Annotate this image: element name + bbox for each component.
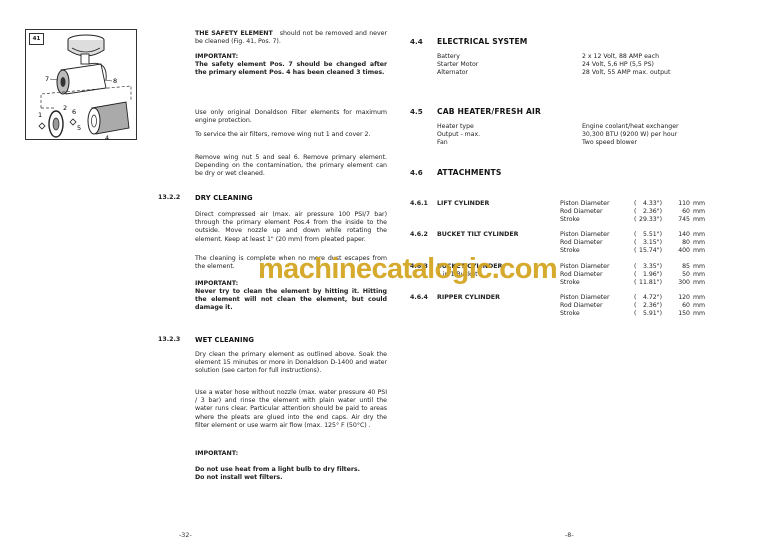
spec-inches: 11.81") bbox=[638, 279, 662, 287]
spec-inches: 29.33") bbox=[638, 216, 662, 224]
spec-label: Piston Diameter bbox=[560, 231, 610, 239]
spec-mm: 60 bbox=[672, 302, 690, 310]
section-title-electrical-system: ELECTRICAL SYSTEM bbox=[437, 37, 527, 46]
electrical-spec-table: Battery 2 x 12 Volt, 88 AMP each Starter… bbox=[437, 53, 767, 77]
spec-inches: 5.91") bbox=[638, 310, 662, 318]
page-number-right: -8- bbox=[565, 531, 574, 539]
spec-mm: 85 bbox=[672, 263, 690, 271]
cylinder-number: 4.6.1 bbox=[410, 200, 428, 207]
spec-unit: mm bbox=[693, 216, 705, 224]
spec-inches: 5.51") bbox=[638, 231, 662, 239]
paren: ( bbox=[634, 279, 636, 287]
cylinder-name: LIFT CYLINDER bbox=[437, 200, 489, 207]
spec-inches: 2.36") bbox=[638, 208, 662, 216]
spec-label: Stroke bbox=[560, 247, 580, 255]
section-title-wet-cleaning: WET CLEANING bbox=[195, 336, 254, 344]
svg-text:4: 4 bbox=[105, 134, 109, 141]
dry-cleaning-paragraph-1: Direct compressed air (max. air pressure… bbox=[195, 211, 387, 244]
important-text-1: The safety element Pos. 7 should be chan… bbox=[195, 61, 387, 77]
cylinder-name: BUCKET TILT CYLINDER bbox=[437, 231, 518, 238]
spec-label: Stroke bbox=[560, 279, 580, 287]
section-number-4-4: 4.4 bbox=[410, 37, 423, 46]
spec-value: 30,300 BTU (9200 W) per hour bbox=[582, 131, 677, 139]
spec-value: 24 Volt, 5,6 HP (5,5 PS) bbox=[582, 61, 654, 69]
spec-unit: mm bbox=[693, 200, 705, 208]
spec-unit: mm bbox=[693, 208, 705, 216]
spec-label: Output - max. bbox=[437, 131, 480, 139]
safety-element-paragraph: THE SAFETY ELEMENT should not be removed… bbox=[195, 30, 387, 46]
paren: ( bbox=[634, 216, 636, 224]
spec-unit: mm bbox=[693, 231, 705, 239]
section-title-cab-heater: CAB HEATER/FRESH AIR bbox=[437, 107, 541, 116]
paragraph-remove-wing-nut: Remove wing nut 5 and seal 6. Remove pri… bbox=[195, 154, 387, 179]
spec-row-battery: Battery 2 x 12 Volt, 88 AMP each bbox=[437, 53, 767, 61]
spec-unit: mm bbox=[693, 263, 705, 271]
spec-label: Heater type bbox=[437, 123, 474, 131]
spec-unit: mm bbox=[693, 302, 705, 310]
cylinder-name: RIPPER CYLINDER bbox=[437, 294, 500, 301]
wet-cleaning-important-line-2: Do not install wet filters. bbox=[195, 474, 282, 482]
paren: ( bbox=[634, 231, 636, 239]
spec-label: Stroke bbox=[560, 216, 580, 224]
spec-mm: 400 bbox=[672, 247, 690, 255]
spec-row-alternator: Alternator 28 Volt, 55 AMP max. output bbox=[437, 69, 767, 77]
cab-heater-spec-table: Heater type Engine coolant/heat exchange… bbox=[437, 123, 767, 147]
spec-inches: 15.74") bbox=[638, 247, 662, 255]
figure-41-air-filter: 41 7 8 1 2 6 5 4 bbox=[25, 29, 137, 140]
spec-label: Rod Diameter bbox=[560, 271, 603, 279]
section-number-13-2-2: 13.2.2 bbox=[158, 194, 180, 201]
paren: ( bbox=[634, 208, 636, 216]
paren: ( bbox=[634, 247, 636, 255]
section-number-4-6: 4.6 bbox=[410, 168, 423, 177]
wet-cleaning-paragraph-1: Dry clean the primary element as outline… bbox=[195, 351, 387, 376]
wet-cleaning-important-line-1: Do not use heat from a light bulb to dry… bbox=[195, 466, 360, 474]
paragraph-donaldson: Use only original Donaldson Filter eleme… bbox=[195, 109, 387, 125]
spec-label: Piston Diameter bbox=[560, 200, 610, 208]
paragraph-service-filters: To service the air filters, remove wing … bbox=[195, 131, 387, 139]
spec-unit: mm bbox=[693, 294, 705, 302]
spec-unit: mm bbox=[693, 271, 705, 279]
spec-mm: 80 bbox=[672, 239, 690, 247]
spec-label: Rod Diameter bbox=[560, 208, 603, 216]
spec-label: Rod Diameter bbox=[560, 239, 603, 247]
paren: ( bbox=[634, 302, 636, 310]
spec-label: Starter Motor bbox=[437, 61, 478, 69]
spec-row-starter-motor: Starter Motor 24 Volt, 5,6 HP (5,5 PS) bbox=[437, 61, 767, 69]
spec-label: Alternator bbox=[437, 69, 468, 77]
paren: ( bbox=[634, 271, 636, 279]
safety-element-lead: THE SAFETY ELEMENT bbox=[195, 30, 273, 37]
spec-row-output: Output - max. 30,300 BTU (9200 W) per ho… bbox=[437, 131, 767, 139]
section-number-4-5: 4.5 bbox=[410, 107, 423, 116]
spec-mm: 300 bbox=[672, 279, 690, 287]
spec-inches: 1.96") bbox=[638, 271, 662, 279]
spec-label: Piston Diameter bbox=[560, 263, 610, 271]
dry-cleaning-important-text: Never try to clean the element by hittin… bbox=[195, 288, 387, 313]
spec-row-heater-type: Heater type Engine coolant/heat exchange… bbox=[437, 123, 767, 131]
spec-value: Two speed blower bbox=[582, 139, 637, 147]
spec-inches: 3.15") bbox=[638, 239, 662, 247]
spec-unit: mm bbox=[693, 279, 705, 287]
page-number-left: -32- bbox=[179, 531, 192, 539]
spec-mm: 50 bbox=[672, 271, 690, 279]
watermark: machinecatalogic.com bbox=[258, 254, 557, 284]
wet-cleaning-paragraph-2: Use a water hose without nozzle (max. wa… bbox=[195, 389, 387, 430]
cylinder-number: 4.6.4 bbox=[410, 294, 428, 301]
svg-text:7: 7 bbox=[45, 75, 49, 83]
spec-row-fan: Fan Two speed blower bbox=[437, 139, 767, 147]
spec-inches: 4.33") bbox=[638, 200, 662, 208]
paren: ( bbox=[634, 200, 636, 208]
spec-mm: 745 bbox=[672, 216, 690, 224]
spec-mm: 140 bbox=[672, 231, 690, 239]
spec-label: Battery bbox=[437, 53, 460, 61]
svg-text:5: 5 bbox=[77, 124, 81, 132]
spec-mm: 120 bbox=[672, 294, 690, 302]
spec-inches: 2.36") bbox=[638, 302, 662, 310]
spec-value: 2 x 12 Volt, 88 AMP each bbox=[582, 53, 659, 61]
spec-unit: mm bbox=[693, 247, 705, 255]
spec-inches: 4.72") bbox=[638, 294, 662, 302]
spec-unit: mm bbox=[693, 239, 705, 247]
air-filter-exploded-diagram-icon: 7 8 1 2 6 5 4 bbox=[26, 30, 138, 141]
svg-text:1: 1 bbox=[38, 111, 42, 119]
section-title-dry-cleaning: DRY CLEANING bbox=[195, 194, 253, 202]
spec-label: Rod Diameter bbox=[560, 302, 603, 310]
spec-mm: 110 bbox=[672, 200, 690, 208]
wet-cleaning-important-heading: IMPORTANT: bbox=[195, 450, 238, 458]
svg-text:2: 2 bbox=[63, 104, 67, 112]
svg-text:6: 6 bbox=[72, 108, 76, 116]
spec-mm: 60 bbox=[672, 208, 690, 216]
dry-cleaning-important-heading: IMPORTANT: bbox=[195, 280, 238, 288]
spec-mm: 150 bbox=[672, 310, 690, 318]
spec-value: 28 Volt, 55 AMP max. output bbox=[582, 69, 670, 77]
paren: ( bbox=[634, 310, 636, 318]
paren: ( bbox=[634, 294, 636, 302]
important-heading-1: IMPORTANT: bbox=[195, 53, 238, 61]
section-title-attachments: ATTACHMENTS bbox=[437, 168, 501, 177]
paren: ( bbox=[634, 263, 636, 271]
cylinder-number: 4.6.2 bbox=[410, 231, 428, 238]
spec-label: Fan bbox=[437, 139, 448, 147]
paren: ( bbox=[634, 239, 636, 247]
spec-label: Piston Diameter bbox=[560, 294, 610, 302]
spec-label: Stroke bbox=[560, 310, 580, 318]
svg-text:8: 8 bbox=[113, 77, 117, 85]
spec-inches: 3.35") bbox=[638, 263, 662, 271]
spec-value: Engine coolant/heat exchanger bbox=[582, 123, 679, 131]
spec-unit: mm bbox=[693, 310, 705, 318]
section-number-13-2-3: 13.2.3 bbox=[158, 336, 180, 343]
